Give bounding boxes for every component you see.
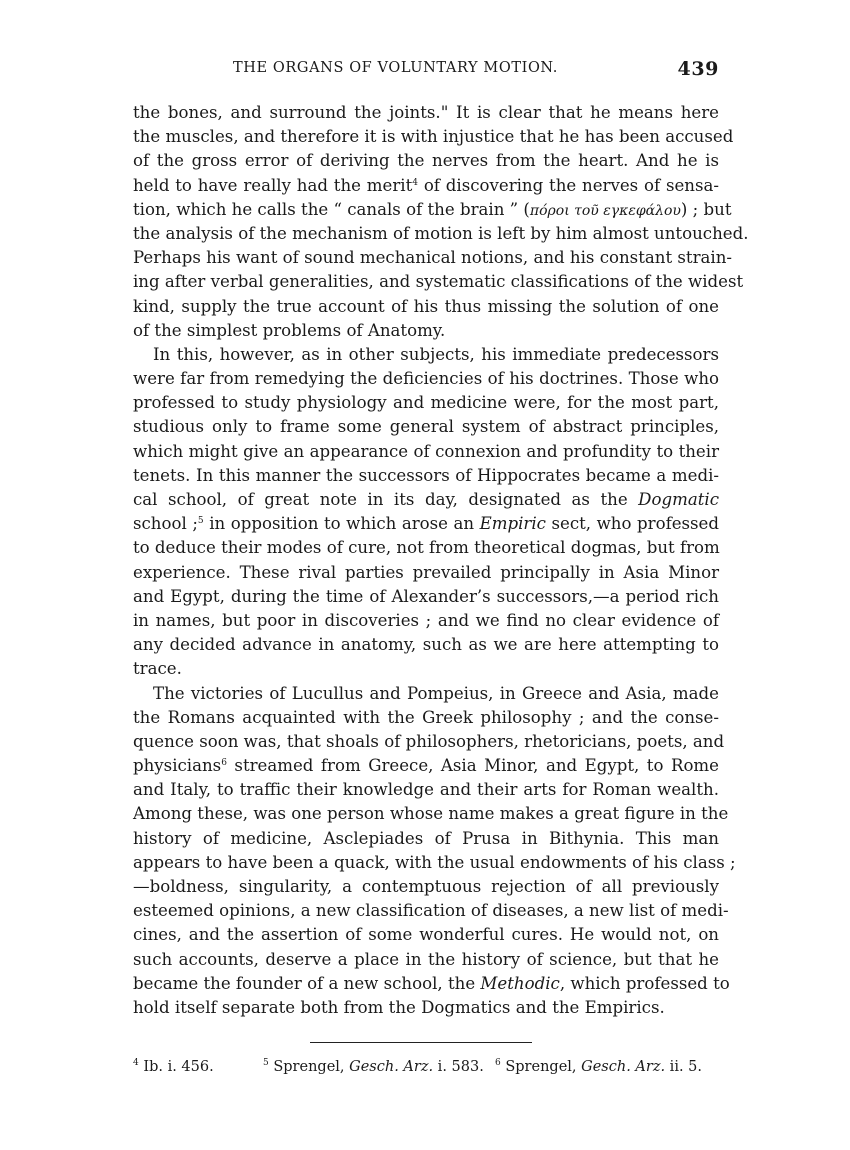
- text-line: became the founder of a new school, the …: [133, 972, 719, 996]
- text-line: cines, and the assertion of some wonderf…: [133, 923, 719, 947]
- footnote-italic: Gesch. Arz.: [581, 1059, 665, 1075]
- footnote-text: Sprengel,: [269, 1059, 349, 1075]
- footnote-italic: Gesch. Arz.: [349, 1059, 433, 1075]
- text-line: in names, but poor in discoveries ; and …: [133, 609, 719, 633]
- footnote-4: 4 Ib. i. 456.: [133, 1059, 263, 1075]
- body-text: the bones, and surround the joints." It …: [133, 101, 719, 1020]
- text-line: professed to study physiology and medici…: [133, 391, 719, 415]
- text-fragment: school ;: [133, 514, 198, 533]
- paragraph-1: the bones, and surround the joints." It …: [133, 101, 719, 343]
- paragraph-3: The victories of Lucullus and Pompeius, …: [133, 682, 719, 1021]
- text-line: studious only to frame some general syst…: [133, 415, 719, 439]
- text-line: the muscles, and therefore it is with in…: [133, 125, 719, 149]
- footnote-6: 6 Sprengel, Gesch. Arz. ii. 5.: [495, 1059, 702, 1075]
- text-fragment: , which professed to: [560, 974, 730, 993]
- text-fragment: in opposition to which arose an: [204, 514, 480, 533]
- text-line: history of medicine, Asclepiades of Prus…: [133, 827, 719, 851]
- text-line: school ;5 in opposition to which arose a…: [133, 512, 719, 536]
- text-line: such accounts, deserve a place in the hi…: [133, 948, 719, 972]
- text-line: held to have really had the merit4 of di…: [133, 174, 719, 198]
- text-line: —boldness, singularity, a contemptuous r…: [133, 875, 719, 899]
- text-line: experience. These rival parties prevaile…: [133, 561, 719, 585]
- text-line: quence soon was, that shoals of philosop…: [133, 730, 719, 754]
- text-line: tenets. In this manner the successors of…: [133, 464, 719, 488]
- footnote-text: ii. 5.: [665, 1059, 702, 1075]
- text-line: tion, which he calls the “ canals of the…: [133, 198, 719, 222]
- text-line: cal school, of great note in its day, de…: [133, 488, 719, 512]
- page-number: 439: [678, 58, 719, 80]
- footnote-divider: [310, 1042, 532, 1043]
- text-fragment: tion, which he calls the “ canals of the…: [133, 200, 530, 219]
- footnote-text: Sprengel,: [501, 1059, 581, 1075]
- text-line: physicians6 streamed from Greece, Asia M…: [133, 754, 719, 778]
- book-page: The Organs of Voluntary Motion. 439 the …: [133, 58, 719, 1075]
- text-line: ing after verbal generalities, and syste…: [133, 270, 719, 294]
- text-fragment: became the founder of a new school, the: [133, 974, 480, 993]
- text-line: of the gross error of deriving the nerve…: [133, 149, 719, 173]
- text-line: The victories of Lucullus and Pompeius, …: [133, 682, 719, 706]
- running-title: The Organs of Voluntary Motion.: [233, 60, 558, 76]
- text-line: the Romans acquainted with the Greek phi…: [133, 706, 719, 730]
- text-fragment: streamed from Greece, Asia Minor, and Eg…: [227, 756, 719, 775]
- italic-term-methodic: Methodic: [480, 974, 559, 993]
- paragraph-2: In this, however, as in other subjects, …: [133, 343, 719, 682]
- text-fragment: of discovering the nerves of sensa-: [418, 176, 719, 195]
- text-line: In this, however, as in other subjects, …: [133, 343, 719, 367]
- text-line: appears to have been a quack, with the u…: [133, 851, 719, 875]
- text-fragment: physicians: [133, 756, 221, 775]
- italic-term-dogmatic: Dogmatic: [638, 490, 719, 509]
- text-line: and Italy, to traffic their knowledge an…: [133, 778, 719, 802]
- text-line: trace.: [133, 657, 719, 681]
- greek-phrase: πόροι τοῦ εγκεφάλου: [530, 203, 681, 219]
- text-line: to deduce their modes of cure, not from …: [133, 536, 719, 560]
- text-line: Among these, was one person whose name m…: [133, 802, 719, 826]
- text-line: kind, supply the true account of his thu…: [133, 295, 719, 319]
- italic-term-empiric: Empiric: [480, 514, 546, 533]
- footnotes: 4 Ib. i. 456. 5 Sprengel, Gesch. Arz. i.…: [133, 1059, 719, 1075]
- text-fragment: ) ; but: [681, 200, 732, 219]
- text-line: hold itself separate both from the Dogma…: [133, 996, 719, 1020]
- text-line: any decided advance in anatomy, such as …: [133, 633, 719, 657]
- text-line: the bones, and surround the joints." It …: [133, 101, 719, 125]
- footnote-text: Ib. i. 456.: [139, 1059, 214, 1075]
- footnote-text: i. 583.: [433, 1059, 484, 1075]
- text-line: which might give an appearance of connex…: [133, 440, 719, 464]
- text-fragment: cal school, of great note in its day, de…: [133, 490, 638, 509]
- text-line: the analysis of the mechanism of motion …: [133, 222, 719, 246]
- text-line: of the simplest problems of Anatomy.: [133, 319, 719, 343]
- text-fragment: held to have really had the merit: [133, 176, 412, 195]
- footnote-5: 5 Sprengel, Gesch. Arz. i. 583.: [263, 1059, 495, 1075]
- text-line: Perhaps his want of sound mechanical not…: [133, 246, 719, 270]
- text-line: and Egypt, during the time of Alexander’…: [133, 585, 719, 609]
- text-line: were far from remedying the deficiencies…: [133, 367, 719, 391]
- text-line: esteemed opinions, a new classification …: [133, 899, 719, 923]
- text-fragment: sect, who professed: [546, 514, 719, 533]
- running-head: The Organs of Voluntary Motion. 439: [133, 58, 719, 88]
